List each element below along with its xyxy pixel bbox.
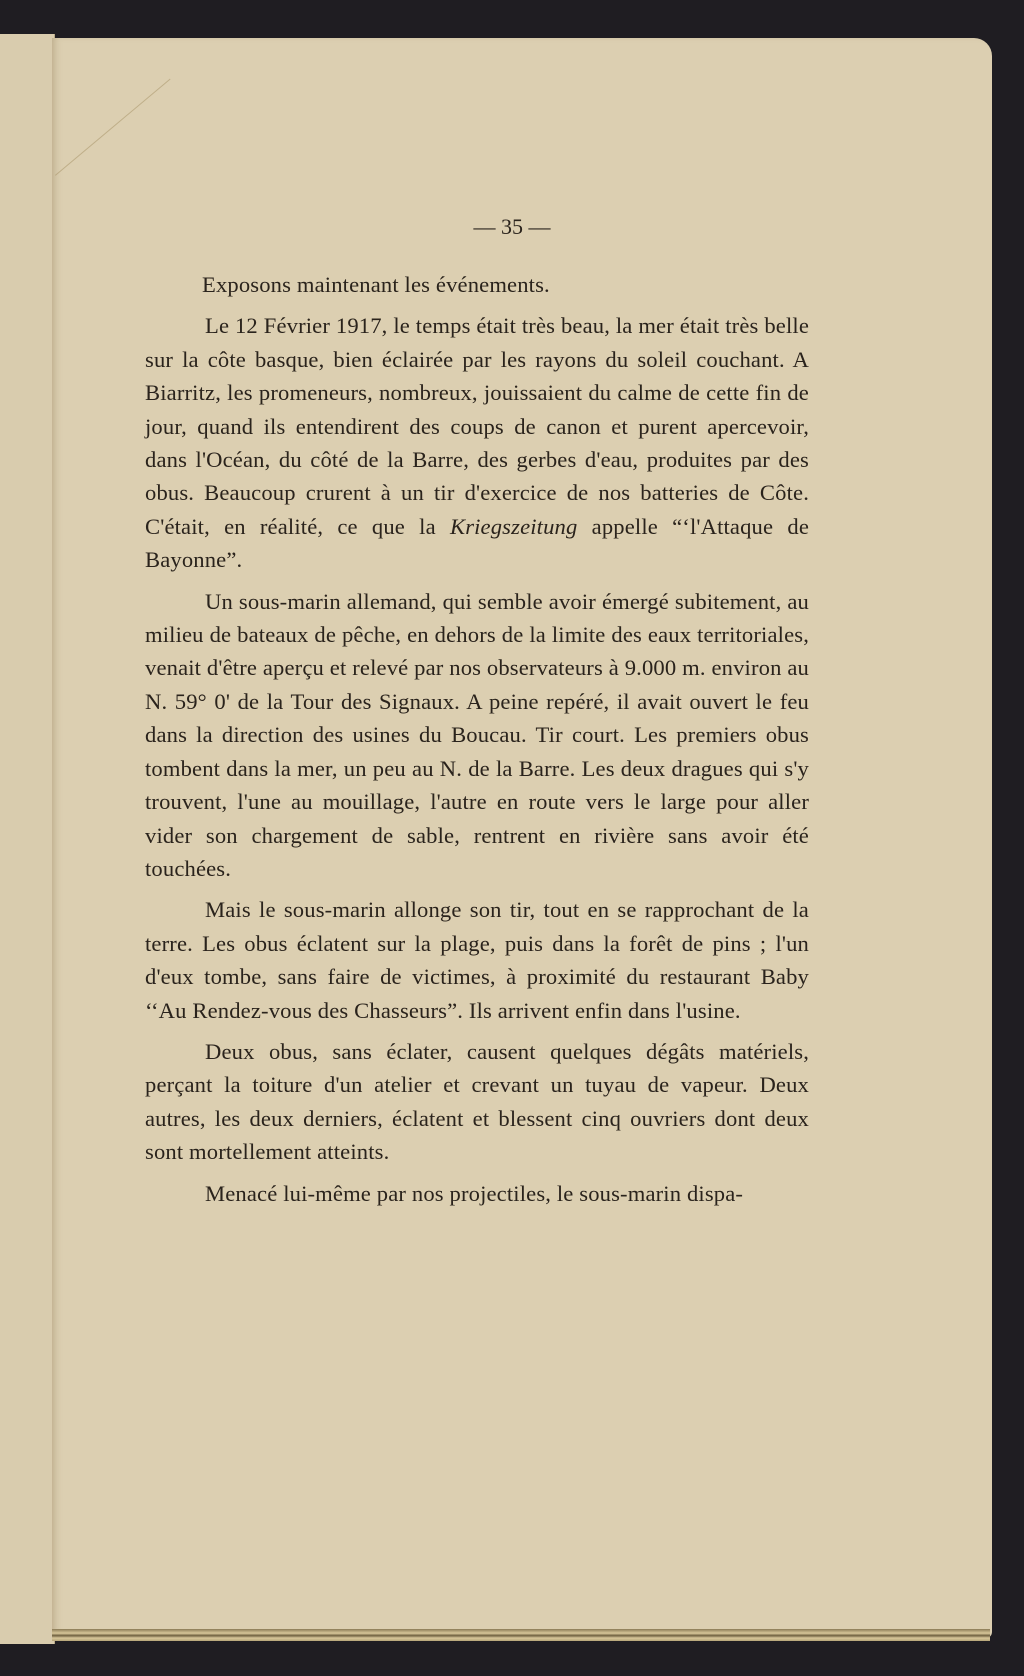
newspaper-title: Kriegszeitung [450, 514, 577, 539]
body-text: Exposons maintenant les événements. Le 1… [145, 268, 809, 1210]
paragraph-2: Le 12 Février 1917, le temps était très … [145, 309, 809, 576]
paragraph-1: Exposons maintenant les événements. [145, 268, 809, 301]
page-stack-edge [52, 1629, 990, 1641]
paragraph-5: Deux obus, sans éclater, causent quelque… [145, 1035, 809, 1169]
paragraph-3: Un sous-marin allemand, qui semble avoir… [145, 585, 809, 886]
paragraph-4: Mais le sous-marin allonge son tir, tout… [145, 893, 809, 1027]
page-number: — 35 — [0, 214, 1024, 240]
adjacent-page-edge [0, 34, 55, 1644]
paragraph-6: Menacé lui-même par nos projectiles, le … [145, 1177, 809, 1210]
paragraph-2-text: Le 12 Février 1917, le temps était très … [145, 313, 809, 538]
